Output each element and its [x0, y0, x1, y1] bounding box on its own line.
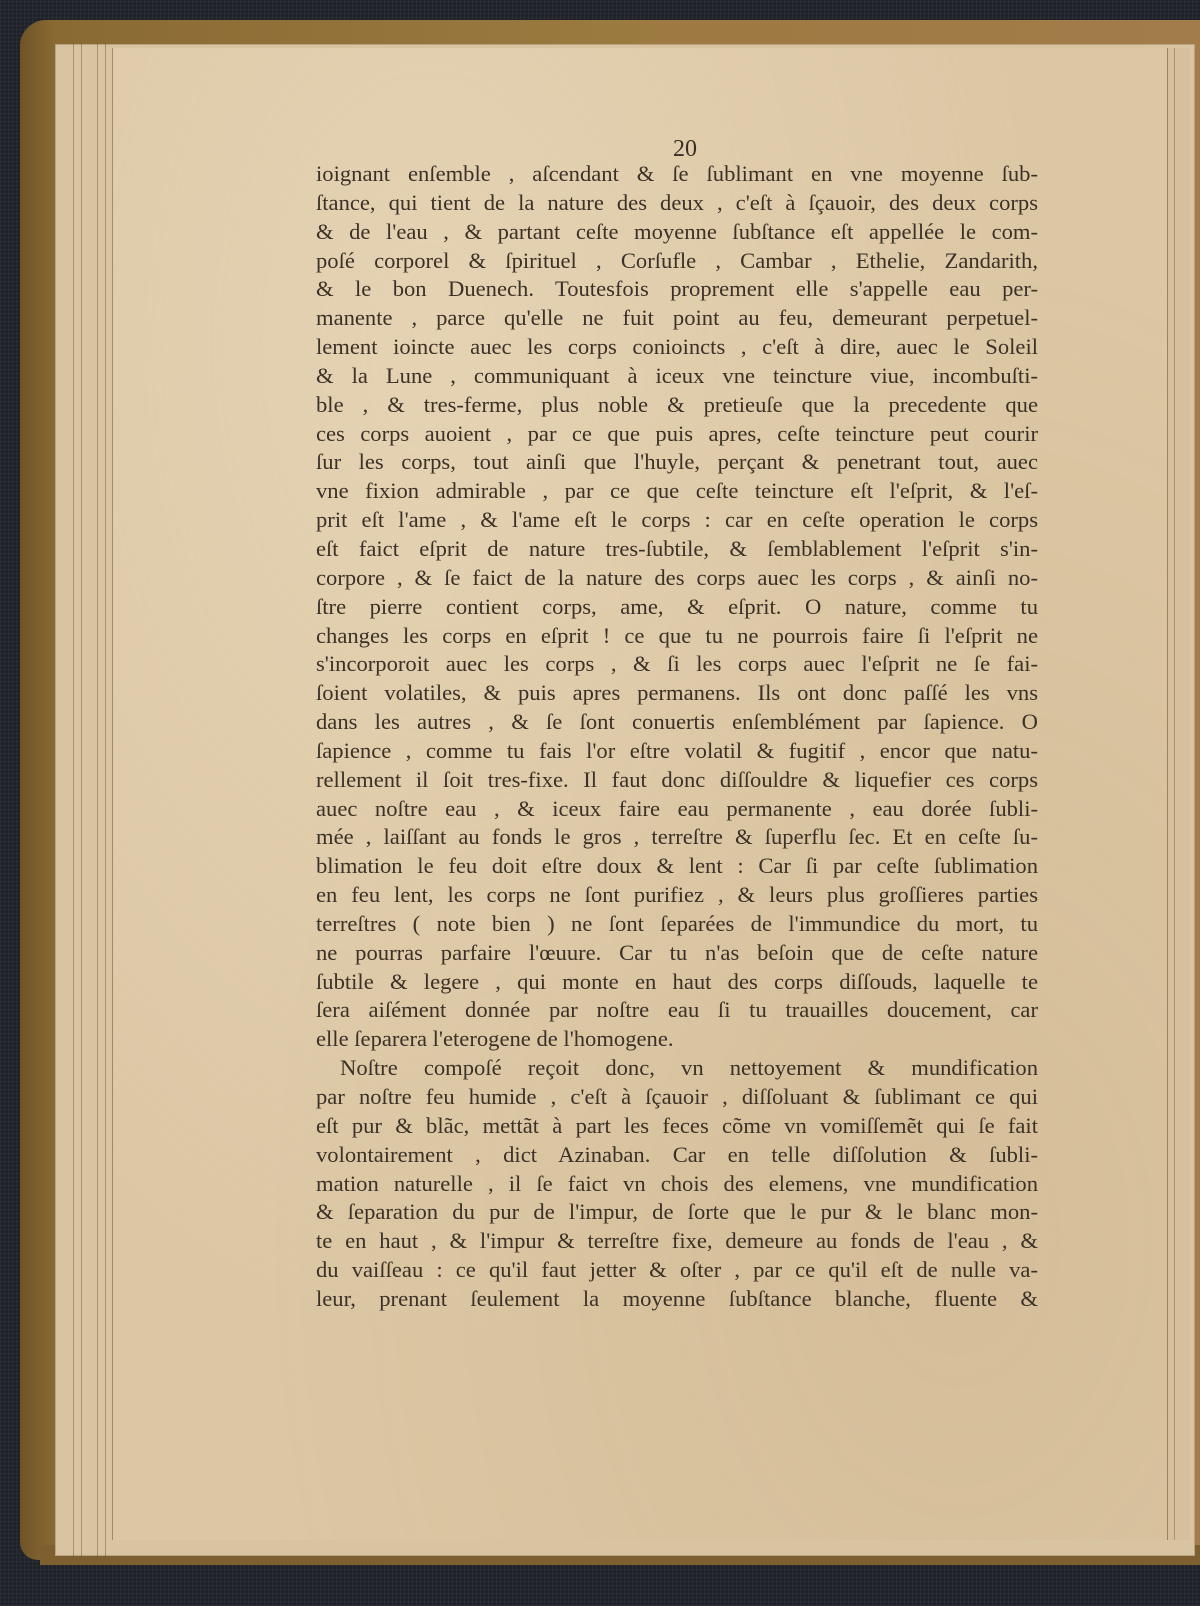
text-line: ſubtile & legere , qui monte en haut des…: [316, 968, 1038, 997]
text-line: manente , parce qu'elle ne fuit point au…: [316, 304, 1038, 333]
page-edge-line: [73, 44, 74, 1556]
text-line: & le bon Duenech. Toutesfois proprement …: [316, 275, 1038, 304]
text-line: ble , & tres-ferme, plus noble & pretieu…: [316, 391, 1038, 420]
text-line: ioignant enſemble , aſcendant & ſe ſubli…: [316, 160, 1038, 189]
text-line: vne fixion admirable , par ce que ceſte …: [316, 477, 1038, 506]
text-line: par noſtre feu humide , c'eſt à ſçauoir …: [316, 1083, 1038, 1112]
text-line: leur, prenant ſeulement la moyenne ſubſt…: [316, 1285, 1038, 1314]
page-text-block: ioignant enſemble , aſcendant & ſe ſubli…: [316, 160, 1038, 1314]
text-line: mée , laiſſant au fonds le gros , terreſ…: [316, 823, 1038, 852]
page-edge-line: [97, 44, 98, 1556]
text-line: rellement il ſoit tres-fixe. Il faut don…: [316, 766, 1038, 795]
text-line: eſt faict eſprit de nature tres-ſubtile,…: [316, 535, 1038, 564]
text-line: du vaiſſeau : ce qu'il faut jetter & oſt…: [316, 1256, 1038, 1285]
text-line: poſé corporel & ſpirituel , Corſufle , C…: [316, 247, 1038, 276]
text-line: te en haut , & l'impur & terreſtre fixe,…: [316, 1227, 1038, 1256]
text-line: ſtre pierre contient corps, ame, & eſpri…: [316, 593, 1038, 622]
text-line: corpore , & ſe faict de la nature des co…: [316, 564, 1038, 593]
page-edge-line: [81, 44, 82, 1556]
text-line: dans les autres , & ſe ſont conuertis en…: [316, 708, 1038, 737]
text-line: & la Lune , communiquant à iceux vne tei…: [316, 362, 1038, 391]
text-line: s'incorporoit auec les corps , & ſi les …: [316, 650, 1038, 679]
page-right-edge: [1167, 48, 1190, 1540]
text-line: ſera aiſément donnée par noſtre eau ſi t…: [316, 996, 1038, 1025]
text-line: lement ioincte auec les corps conioincts…: [316, 333, 1038, 362]
text-line: & de l'eau , & partant ceſte moyenne ſub…: [316, 218, 1038, 247]
text-line: en feu lent, les corps ne ſont purifiez …: [316, 881, 1038, 910]
text-line: ſapience , comme tu fais l'or eſtre vola…: [316, 737, 1038, 766]
text-line: volontairement , dict Azinaban. Car en t…: [316, 1141, 1038, 1170]
text-line-paragraph-start: Noſtre compoſé reçoit donc, vn nettoyeme…: [316, 1054, 1038, 1083]
text-line: & ſeparation du pur de l'impur, de ſorte…: [316, 1198, 1038, 1227]
text-line: ſoient volatiles, & puis apres permanens…: [316, 679, 1038, 708]
text-line: ne pourras parfaire l'œuure. Car tu n'as…: [316, 939, 1038, 968]
text-line: eſt pur & blãc, mettãt à part les feces …: [316, 1112, 1038, 1141]
text-line: prit eſt l'ame , & l'ame eſt le corps : …: [316, 506, 1038, 535]
text-line-paragraph-end: elle ſeparera l'eterogene de l'homogene.: [316, 1025, 1038, 1054]
text-line: ces corps auoient , par ce que puis apre…: [316, 420, 1038, 449]
text-line: terreſtres ( note bien ) ne ſont ſeparée…: [316, 910, 1038, 939]
text-line: ſtance, qui tient de la nature des deux …: [316, 189, 1038, 218]
text-line: auec noſtre eau , & iceux faire eau perm…: [316, 795, 1038, 824]
text-line: ſur les corps, tout ainſi que l'huyle, p…: [316, 448, 1038, 477]
text-line: changes les corps en eſprit ! ce que tu …: [316, 622, 1038, 651]
page-number: 20: [655, 136, 715, 163]
text-line: blimation le feu doit eſtre doux & lent …: [316, 852, 1038, 881]
text-line: mation naturelle , il ſe faict vn chois …: [316, 1170, 1038, 1199]
page-edge-line: [105, 44, 106, 1556]
